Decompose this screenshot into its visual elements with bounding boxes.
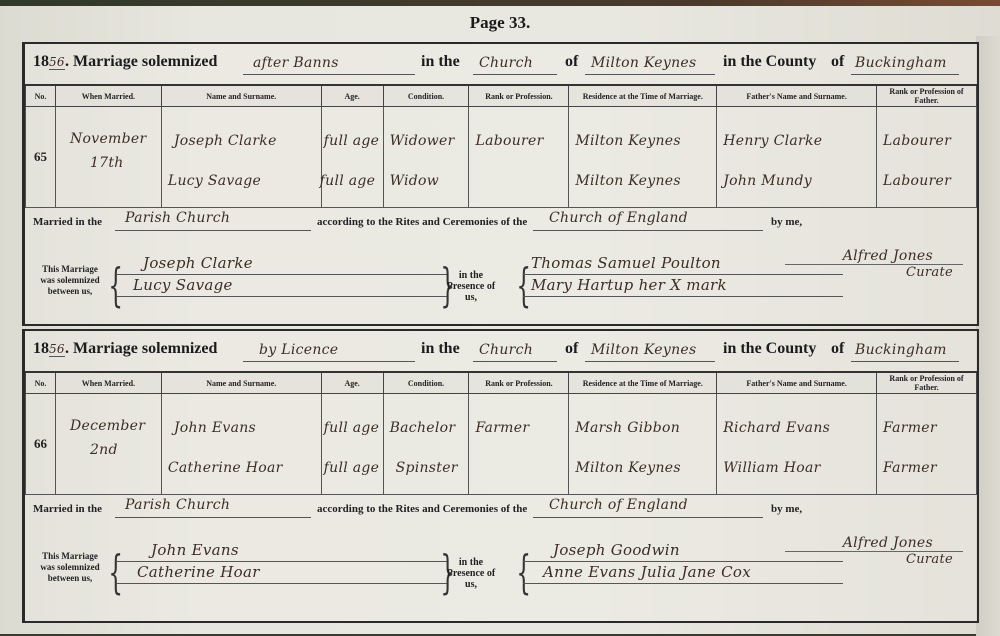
in-the-label: in the xyxy=(421,340,460,358)
page-margin xyxy=(976,36,1000,634)
age-cell: full age full age xyxy=(321,107,383,208)
residence-cell: Milton Keynes Milton Keynes xyxy=(569,107,717,208)
solemnized-by-field: by Licence xyxy=(243,339,415,362)
parish-field: Milton Keynes xyxy=(585,52,715,75)
solemnized-by-field: after Banns xyxy=(243,52,415,75)
col-father-name: Father's Name and Surname. xyxy=(717,372,877,394)
county-of-label: of xyxy=(831,340,844,358)
minister-signature: Alfred Jones Curate xyxy=(785,248,963,280)
col-age: Age. xyxy=(321,85,383,107)
signatures-block: This Marriage was solemnized between us,… xyxy=(25,240,977,320)
rank-cell: Farmer xyxy=(469,394,569,495)
married-in-label: Married in the xyxy=(33,216,102,228)
col-when-married: When Married. xyxy=(55,85,161,107)
col-rank: Rank or Profession. xyxy=(469,85,569,107)
signatures-block: This Marriage was solemnized between us,… xyxy=(25,527,977,607)
col-when-married: When Married. xyxy=(55,372,161,394)
marriage-entry-65: 1856. Marriage solemnized after Banns in… xyxy=(22,42,979,326)
col-father-rank: Rank or Profession of Father. xyxy=(877,372,977,394)
column-headers: No. When Married. Name and Surname. Age.… xyxy=(26,372,977,394)
residence-cell: Marsh Gibbon Milton Keynes xyxy=(569,394,717,495)
father-rank-cell: Farmer Farmer xyxy=(877,394,977,495)
name-cell: John Evans Catherine Hoar xyxy=(161,394,321,495)
rank-cell: Labourer xyxy=(469,107,569,208)
col-residence: Residence at the Time of Marriage. xyxy=(569,85,717,107)
minister-name: Alfred Jones xyxy=(785,535,963,552)
married-in-field: Parish Church xyxy=(115,208,311,231)
register-page: Page 33. 1856. Marriage solemnized after… xyxy=(0,6,1000,634)
minister-title: Curate xyxy=(785,552,963,567)
father-name-cell: Henry Clarke John Mundy xyxy=(717,107,877,208)
col-no: No. xyxy=(26,372,56,394)
marriage-entry-66: 1856. Marriage solemnized by Licence in … xyxy=(22,329,979,623)
married-in-row: Married in the Parish Church according t… xyxy=(25,206,977,236)
entry-number: 66 xyxy=(26,394,56,495)
signature-line-bride: Catherine Hoar xyxy=(117,563,447,584)
rites-label: according to the Rites and Ceremonies of… xyxy=(317,503,527,515)
col-name: Name and Surname. xyxy=(161,372,321,394)
table-row: 66 December 2nd John Evans Catherine Hoa… xyxy=(26,394,977,495)
table-row: 65 November 17th Joseph Clarke Lucy Sava… xyxy=(26,107,977,208)
presence-label: in the Presence of us, xyxy=(441,270,501,303)
col-age: Age. xyxy=(321,372,383,394)
county-of-label: of xyxy=(831,53,844,71)
entry-header: 1856. Marriage solemnized after Banns in… xyxy=(25,44,977,84)
married-in-field: Parish Church xyxy=(115,495,311,518)
entry-number: 65 xyxy=(26,107,56,208)
solemnized-between-label: This Marriage was solemnized between us, xyxy=(35,264,105,297)
solemnized-between-label: This Marriage was solemnized between us, xyxy=(35,551,105,584)
col-rank: Rank or Profession. xyxy=(469,372,569,394)
col-condition: Condition. xyxy=(383,372,469,394)
signature-line-bride: Lucy Savage xyxy=(117,276,447,297)
entry-table: No. When Married. Name and Surname. Age.… xyxy=(25,84,977,208)
minister-name: Alfred Jones xyxy=(785,248,963,265)
condition-cell: Bachelor Spinster xyxy=(383,394,469,495)
year-label: 1856. Marriage solemnized xyxy=(33,340,217,358)
col-condition: Condition. xyxy=(383,85,469,107)
entry-header: 1856. Marriage solemnized by Licence in … xyxy=(25,331,977,371)
when-married-cell: November 17th xyxy=(55,107,161,208)
col-residence: Residence at the Time of Marriage. xyxy=(569,372,717,394)
entry-table: No. When Married. Name and Surname. Age.… xyxy=(25,371,977,495)
place-type-field: Church xyxy=(473,339,557,362)
name-cell: Joseph Clarke Lucy Savage xyxy=(161,107,321,208)
father-name-cell: Richard Evans William Hoar xyxy=(717,394,877,495)
col-no: No. xyxy=(26,85,56,107)
col-father-rank: Rank or Profession of Father. xyxy=(877,85,977,107)
by-me-label: by me, xyxy=(771,216,802,228)
presence-label: in the Presence of us, xyxy=(441,557,501,590)
col-father-name: Father's Name and Surname. xyxy=(717,85,877,107)
married-in-label: Married in the xyxy=(33,503,102,515)
signature-line-groom: Joseph Clarke xyxy=(117,254,447,275)
county-field: Buckingham xyxy=(851,339,959,362)
rites-label: according to the Rites and Ceremonies of… xyxy=(317,216,527,228)
parish-field: Milton Keynes xyxy=(585,339,715,362)
father-rank-cell: Labourer Labourer xyxy=(877,107,977,208)
county-field: Buckingham xyxy=(851,52,959,75)
age-cell: full age full age xyxy=(321,394,383,495)
rites-field: Church of England xyxy=(533,495,763,518)
column-headers: No. When Married. Name and Surname. Age.… xyxy=(26,85,977,107)
signature-line-groom: John Evans xyxy=(117,541,447,562)
by-me-label: by me, xyxy=(771,503,802,515)
county-label: in the County xyxy=(723,53,816,71)
of-label: of xyxy=(565,53,578,71)
page-title: Page 33. xyxy=(0,13,1000,33)
place-type-field: Church xyxy=(473,52,557,75)
rites-field: Church of England xyxy=(533,208,763,231)
county-label: in the County xyxy=(723,340,816,358)
condition-cell: Widower Widow xyxy=(383,107,469,208)
minister-signature: Alfred Jones Curate xyxy=(785,535,963,567)
col-name: Name and Surname. xyxy=(161,85,321,107)
when-married-cell: December 2nd xyxy=(55,394,161,495)
of-label: of xyxy=(565,340,578,358)
minister-title: Curate xyxy=(785,265,963,280)
in-the-label: in the xyxy=(421,53,460,71)
married-in-row: Married in the Parish Church according t… xyxy=(25,493,977,523)
year-label: 1856. Marriage solemnized xyxy=(33,53,217,71)
